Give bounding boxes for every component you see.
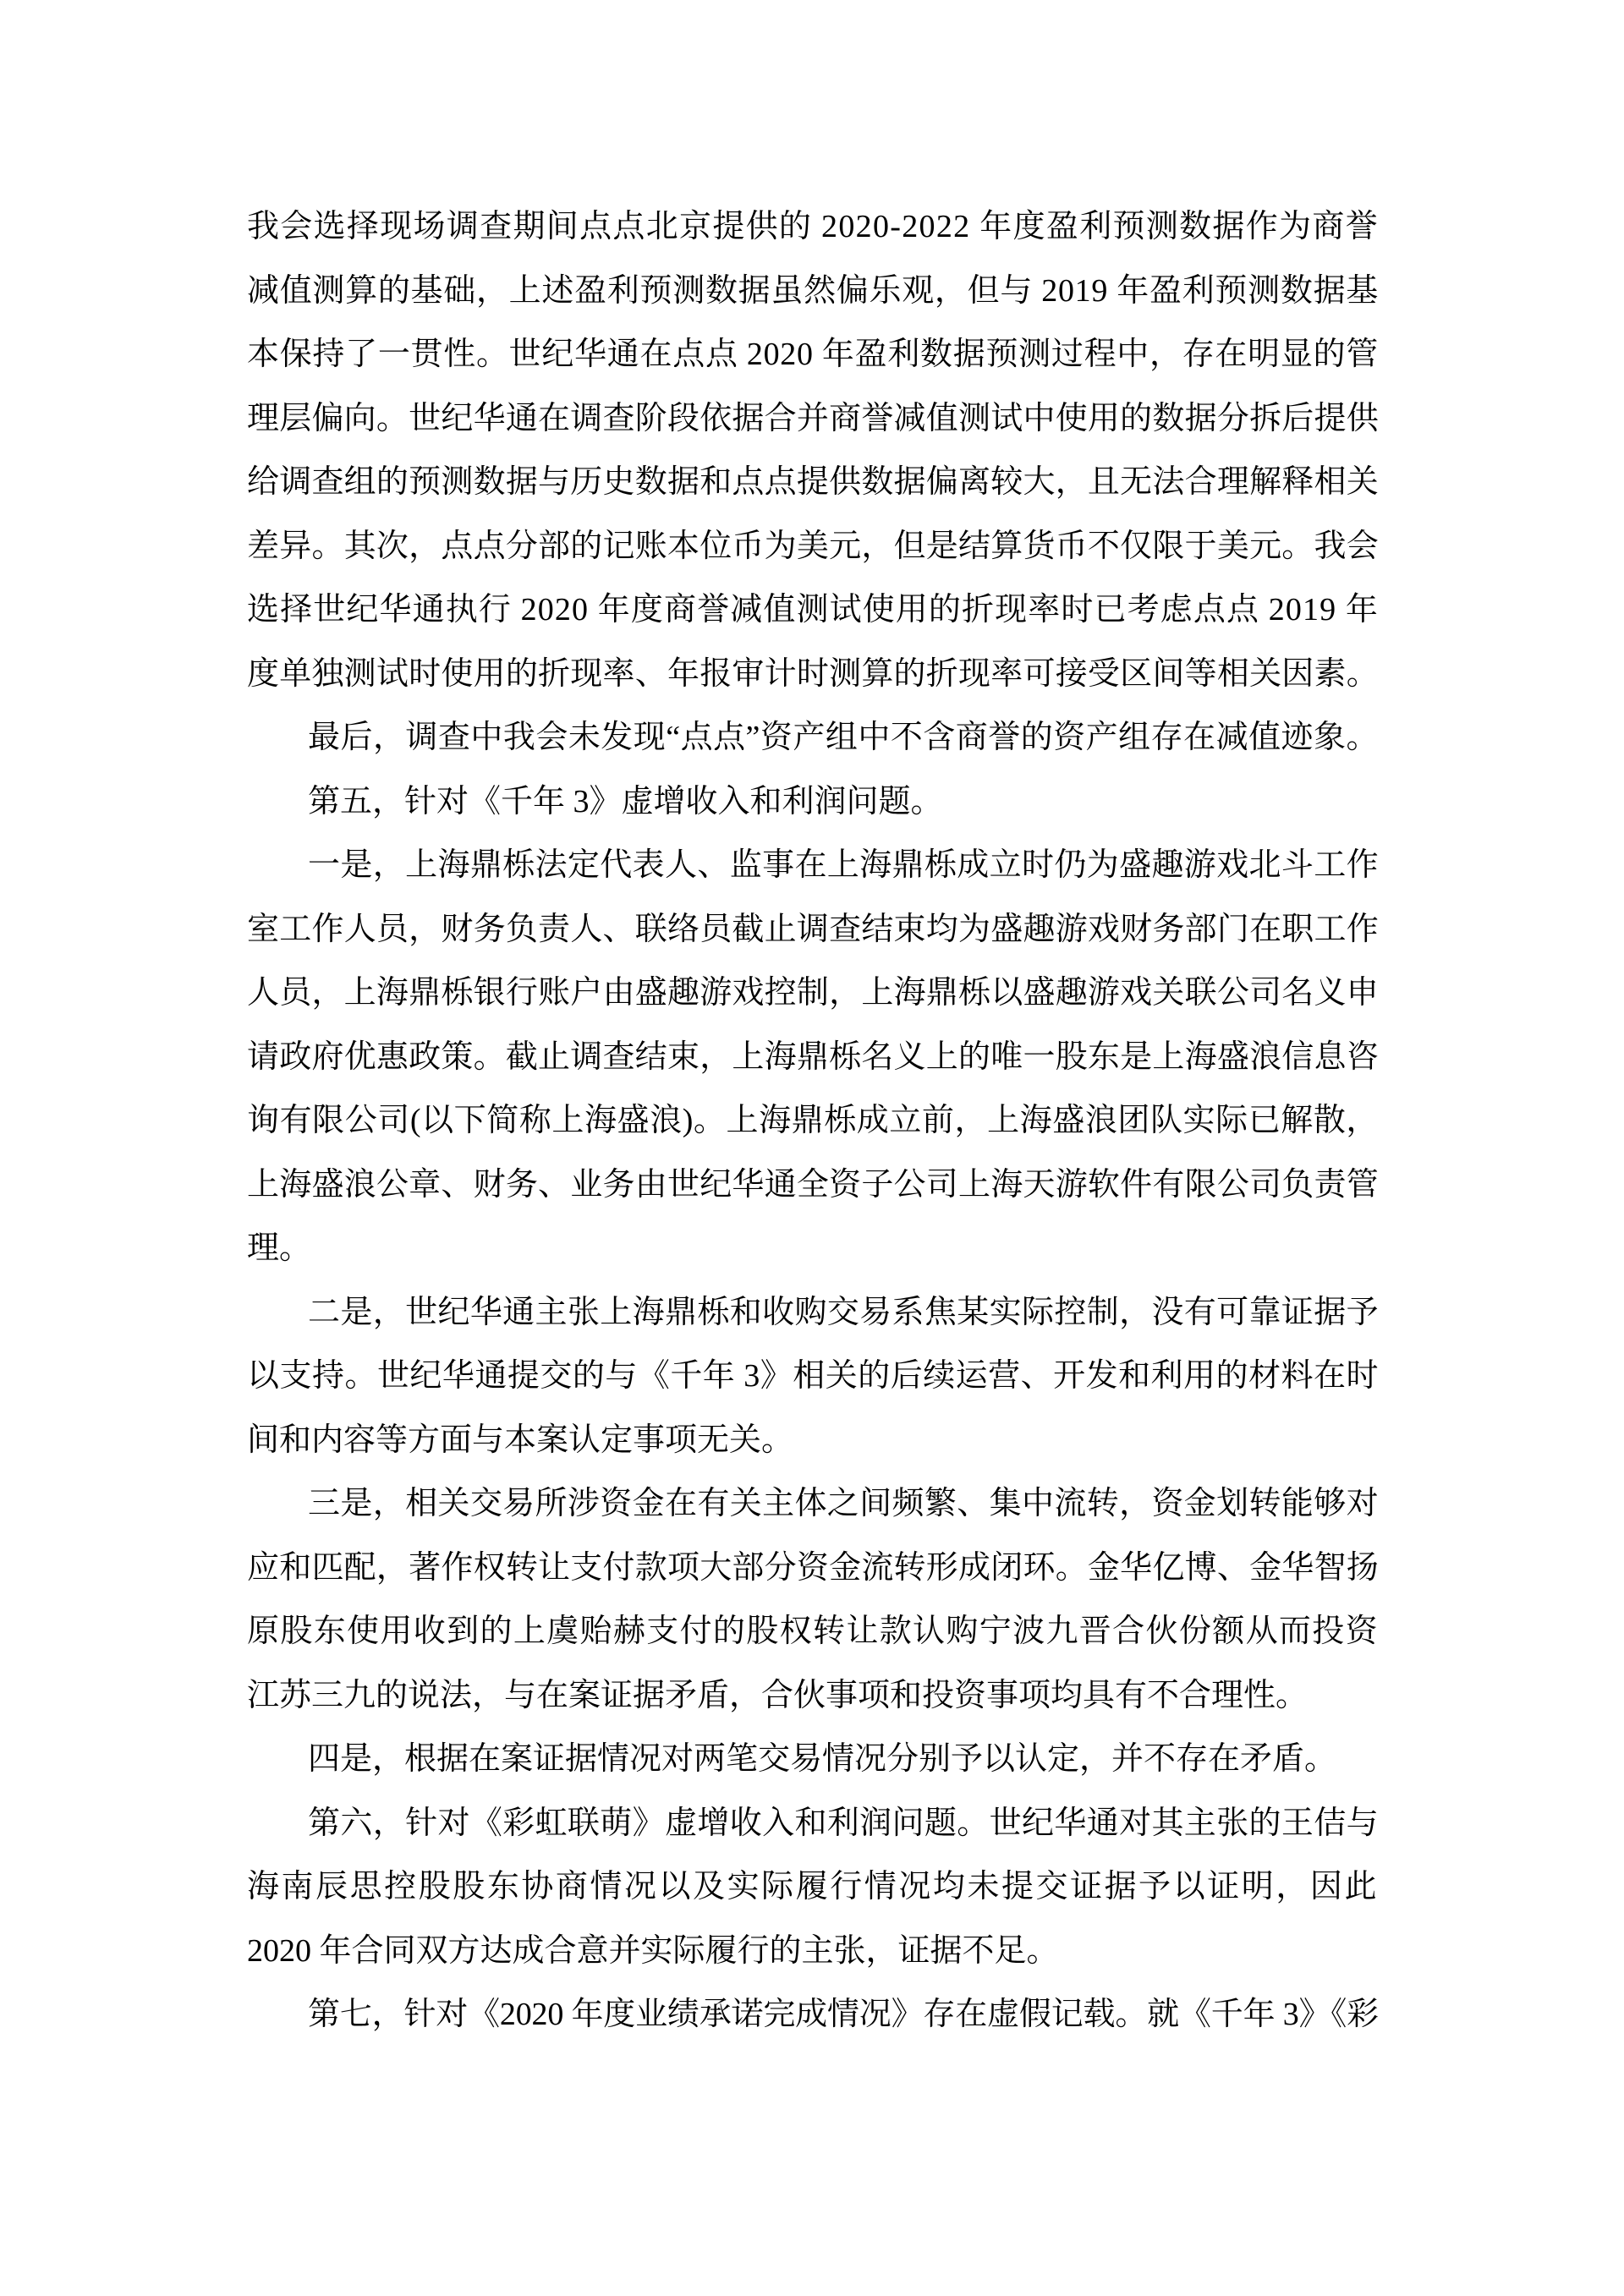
text-line: 请政府优惠政策。截止调查结束，上海鼎栎名义上的唯一股东是上海盛浪信息咨 <box>247 1026 1379 1090</box>
text-line: 理层偏向。世纪华通在调查阶段依据合并商誉减值测试中使用的数据分拆后提供 <box>247 387 1379 452</box>
text-line: 二是，世纪华通主张上海鼎栎和收购交易系焦某实际控制，没有可靠证据予 <box>247 1281 1379 1345</box>
text-line: 最后，调查中我会未发现“点点”资产组中不含商誉的资产组存在减值迹象。 <box>247 706 1379 770</box>
text-run: 三是，相关交易所涉资金在有关主体之间频繁、集中流转，资金划转能够对 <box>308 1486 1379 1521</box>
text-run: 给调查组的预测数据与历史数据和点点提供数据偏离较大，且无法合理解释相关 <box>247 464 1379 500</box>
text-run: 原股东使用收到的上虞贻赫支付的股权转让款认购宁波九晋合伙份额从而投资 <box>247 1614 1379 1649</box>
text-line: 江苏三九的说法，与在案证据矛盾，合伙事项和投资事项均具有不合理性。 <box>247 1664 1379 1729</box>
text-line: 间和内容等方面与本案认定事项无关。 <box>247 1409 1379 1473</box>
text-line: 我会选择现场调查期间点点北京提供的 2020-2022 年度盈利预测数据作为商誉 <box>247 195 1379 260</box>
text-run: 第六，针对《彩虹联萌》虚增收入和利润问题。世纪华通对其主张的王佶与 <box>308 1806 1379 1841</box>
text-run: 询有限公司(以下简称上海盛浪)。上海鼎栎成立前，上海盛浪团队实际已解散， <box>247 1103 1379 1138</box>
text-line: 选择世纪华通执行 2020 年度商誉减值测试使用的折现率时已考虑点点 2019 … <box>247 578 1379 643</box>
text-run: 上海盛浪公章、财务、业务由世纪华通全资子公司上海天游软件有限公司负责管 <box>247 1167 1379 1203</box>
document-page: 我会选择现场调查期间点点北京提供的 2020-2022 年度盈利预测数据作为商誉… <box>0 0 1624 2296</box>
text-run: 度单独测试时使用的折现率、年报审计时测算的折现率可接受区间等相关因素。 <box>247 656 1379 692</box>
text-run: 四是，根据在案证据情况对两笔交易情况分别予以认定，并不存在矛盾。 <box>308 1741 1336 1777</box>
text-run: 江苏三九的说法，与在案证据矛盾，合伙事项和投资事项均具有不合理性。 <box>247 1678 1308 1713</box>
text-line: 减值测算的基础，上述盈利预测数据虽然偏乐观，但与 2019 年盈利预测数据基 <box>247 260 1379 324</box>
text-line: 理。 <box>247 1217 1379 1281</box>
text-line: 本保持了一贯性。世纪华通在点点 2020 年盈利数据预测过程中，存在明显的管 <box>247 323 1379 387</box>
text-line: 三是，相关交易所涉资金在有关主体之间频繁、集中流转，资金划转能够对 <box>247 1472 1379 1537</box>
text-run: 人员，上海鼎栎银行账户由盛趣游戏控制，上海鼎栎以盛趣游戏关联公司名义申 <box>247 975 1379 1011</box>
text-run: 理层偏向。世纪华通在调查阶段依据合并商誉减值测试中使用的数据分拆后提供 <box>247 401 1379 436</box>
text-line: 上海盛浪公章、财务、业务由世纪华通全资子公司上海天游软件有限公司负责管 <box>247 1153 1379 1218</box>
text-line: 海南辰思控股股东协商情况以及实际履行情况均未提交证据予以证明，因此 <box>247 1855 1379 1920</box>
text-line: 询有限公司(以下简称上海盛浪)。上海鼎栎成立前，上海盛浪团队实际已解散， <box>247 1089 1379 1153</box>
text-run: 本保持了一贯性。世纪华通在点点 2020 年盈利数据预测过程中，存在明显的管 <box>247 337 1379 372</box>
text-line: 室工作人员，财务负责人、联络员截止调查结束均为盛趣游戏财务部门在职工作 <box>247 898 1379 962</box>
text-run: 一是，上海鼎栎法定代表人、监事在上海鼎栎成立时仍为盛趣游戏北斗工作 <box>308 847 1379 883</box>
text-run: 最后，调查中我会未发现“点点”资产组中不含商誉的资产组存在减值迹象。 <box>308 720 1379 755</box>
text-line: 第六，针对《彩虹联萌》虚增收入和利润问题。世纪华通对其主张的王佶与 <box>247 1792 1379 1856</box>
text-run: 2020 年合同双方达成合意并实际履行的主张，证据不足。 <box>247 1933 1059 1969</box>
text-line: 四是，根据在案证据情况对两笔交易情况分别予以认定，并不存在矛盾。 <box>247 1728 1379 1792</box>
text-line: 第七，针对《2020 年度业绩承诺完成情况》存在虚假记载。就《千年 3》《彩 <box>247 1983 1379 2047</box>
text-run: 理。 <box>247 1230 311 1266</box>
text-run: 第五，针对《千年 3》虚增收入和利润问题。 <box>308 784 943 819</box>
text-line: 以支持。世纪华通提交的与《千年 3》相关的后续运营、开发和利用的材料在时 <box>247 1345 1379 1409</box>
text-run: 差异。其次，点点分部的记账本位币为美元，但是结算货币不仅限于美元。我会 <box>247 529 1379 564</box>
text-run: 以支持。世纪华通提交的与《千年 3》相关的后续运营、开发和利用的材料在时 <box>247 1358 1379 1394</box>
text-line: 度单独测试时使用的折现率、年报审计时测算的折现率可接受区间等相关因素。 <box>247 643 1379 707</box>
text-run: 室工作人员，财务负责人、联络员截止调查结束均为盛趣游戏财务部门在职工作 <box>247 912 1379 947</box>
text-line: 原股东使用收到的上虞贻赫支付的股权转让款认购宁波九晋合伙份额从而投资 <box>247 1600 1379 1664</box>
text-line: 应和匹配，著作权转让支付款项大部分资金流转形成闭环。金华亿博、金华智扬 <box>247 1537 1379 1601</box>
text-run: 间和内容等方面与本案认定事项无关。 <box>247 1422 793 1458</box>
text-run: 二是，世纪华通主张上海鼎栎和收购交易系焦某实际控制，没有可靠证据予 <box>308 1295 1379 1330</box>
text-run: 第七，针对《2020 年度业绩承诺完成情况》存在虚假记载。就《千年 3》《彩 <box>308 1997 1379 2032</box>
text-run: 我会选择现场调查期间点点北京提供的 2020-2022 年度盈利预测数据作为商誉 <box>247 209 1379 244</box>
text-line: 给调查组的预测数据与历史数据和点点提供数据偏离较大，且无法合理解释相关 <box>247 451 1379 515</box>
text-run: 选择世纪华通执行 2020 年度商誉减值测试使用的折现率时已考虑点点 2019 … <box>247 592 1379 627</box>
text-run: 应和匹配，著作权转让支付款项大部分资金流转形成闭环。金华亿博、金华智扬 <box>247 1550 1379 1586</box>
text-line: 差异。其次，点点分部的记账本位币为美元，但是结算货币不仅限于美元。我会 <box>247 515 1379 579</box>
text-line: 第五，针对《千年 3》虚增收入和利润问题。 <box>247 770 1379 835</box>
text-line: 2020 年合同双方达成合意并实际履行的主张，证据不足。 <box>247 1920 1379 1984</box>
text-run: 海南辰思控股股东协商情况以及实际履行情况均未提交证据予以证明，因此 <box>247 1869 1379 1904</box>
text-run: 减值测算的基础，上述盈利预测数据虽然偏乐观，但与 2019 年盈利预测数据基 <box>247 273 1379 309</box>
text-line: 人员，上海鼎栎银行账户由盛趣游戏控制，上海鼎栎以盛趣游戏关联公司名义申 <box>247 962 1379 1026</box>
text-run: 请政府优惠政策。截止调查结束，上海鼎栎名义上的唯一股东是上海盛浪信息咨 <box>247 1039 1379 1075</box>
text-line: 一是，上海鼎栎法定代表人、监事在上海鼎栎成立时仍为盛趣游戏北斗工作 <box>247 834 1379 898</box>
document-text-block: 我会选择现场调查期间点点北京提供的 2020-2022 年度盈利预测数据作为商誉… <box>247 195 1379 2047</box>
